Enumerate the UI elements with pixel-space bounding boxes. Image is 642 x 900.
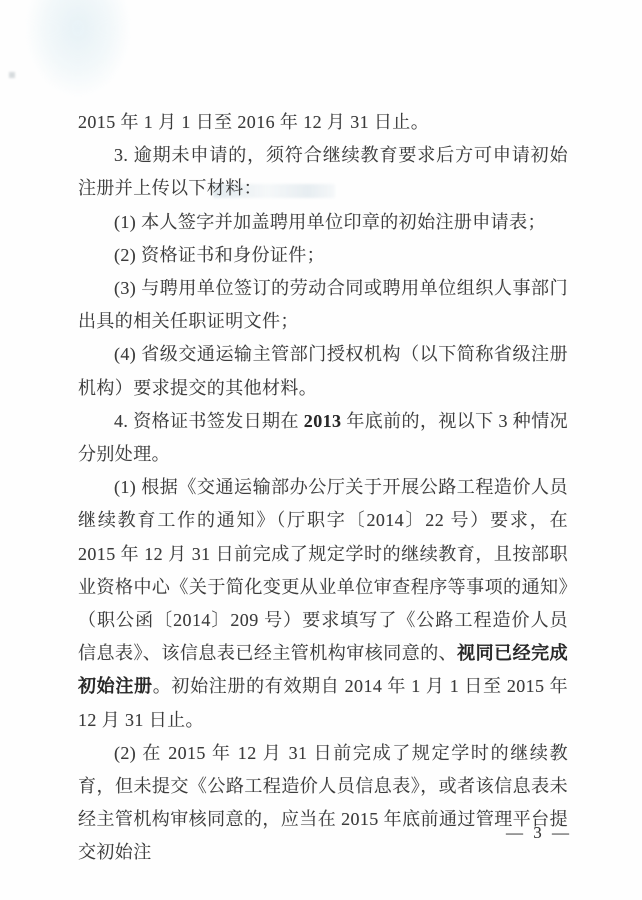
text-segment: (2) 在 2015 年 12 月 31 日前完成了规定学时的继续教育，但未提交… xyxy=(78,743,568,863)
paragraph: (1) 根据《交通运输部办公厅关于开展公路工程造价人员继续教育工作的通知》（厅职… xyxy=(78,471,568,737)
page-number: — 3 — xyxy=(506,823,572,843)
text-segment: (3) 与聘用单位签订的劳动合同或聘用单位组织人事部门出具的相关任职证明文件； xyxy=(78,278,568,331)
paragraph: (2) 资格证书和身份证件； xyxy=(78,239,568,272)
text-segment: 2015 年 1 月 1 日至 2016 年 12 月 31 日止。 xyxy=(78,112,429,132)
text-segment: (2) 资格证书和身份证件； xyxy=(114,245,325,265)
paragraph: (4) 省级交通运输主管部门授权机构（以下简称省级注册机构）要求提交的其他材料。 xyxy=(78,338,568,404)
scan-smudge-top-left xyxy=(26,0,130,96)
paragraph: (1) 本人签字并加盖聘用单位印章的初始注册申请表； xyxy=(78,206,568,239)
scanned-document-page: 2015 年 1 月 1 日至 2016 年 12 月 31 日止。3. 逾期未… xyxy=(0,0,642,900)
paragraph: 2015 年 1 月 1 日至 2016 年 12 月 31 日止。 xyxy=(78,106,568,139)
text-segment: 3. 逾期未申请的，须符合继续教育要求后方可申请初始注册并上传以下材料： xyxy=(78,145,568,198)
text-segment: (1) 根据《交通运输部办公厅关于开展公路工程造价人员继续教育工作的通知》（厅职… xyxy=(78,477,568,663)
text-segment: 4. 资格证书签发日期在 xyxy=(114,411,304,431)
text-segment: 2013 xyxy=(304,411,342,431)
document-body: 2015 年 1 月 1 日至 2016 年 12 月 31 日止。3. 逾期未… xyxy=(78,106,568,870)
paragraph: (3) 与聘用单位签订的劳动合同或聘用单位组织人事部门出具的相关任职证明文件； xyxy=(78,272,568,338)
text-segment: (1) 本人签字并加盖聘用单位印章的初始注册申请表； xyxy=(114,212,546,232)
text-segment: (4) 省级交通运输主管部门授权机构（以下简称省级注册机构）要求提交的其他材料。 xyxy=(78,344,568,397)
paragraph: 4. 资格证书签发日期在 2013 年底前的，视以下 3 种情况分别处理。 xyxy=(78,405,568,471)
paragraph: (2) 在 2015 年 12 月 31 日前完成了规定学时的继续教育，但未提交… xyxy=(78,737,568,870)
scan-dot-artifact xyxy=(9,72,15,78)
paragraph: 3. 逾期未申请的，须符合继续教育要求后方可申请初始注册并上传以下材料： xyxy=(78,139,568,205)
